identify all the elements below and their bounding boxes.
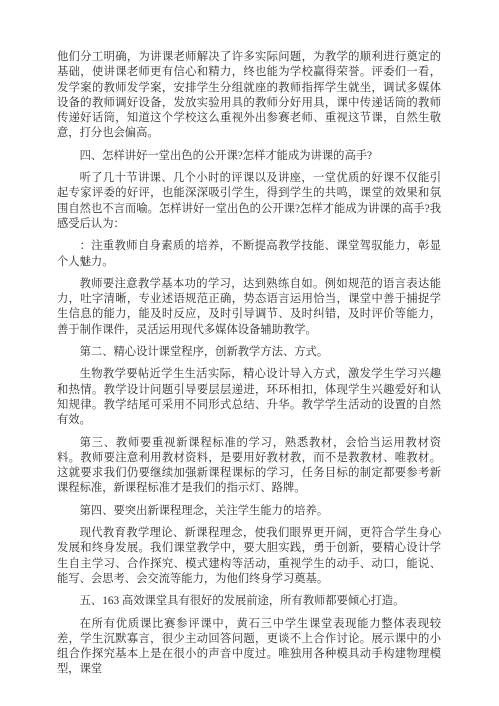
section-heading: 第二、精心设计课堂程序，创新教学方法、方式。 — [57, 345, 441, 360]
paragraph: 现代教育教学理论、新课程理念，使我们眼界更开阔，更符合学生身心发展和终身发展。我… — [57, 526, 441, 587]
paragraph: 教师要注意教学基本功的学习，达到熟练自如。例如规范的语言表达能力，吐字清晰，专业… — [57, 277, 441, 338]
section-heading: 五、163 高效课堂具有很好的发展前途，所有教师都要倾心打造。 — [57, 594, 441, 609]
document-page: 他们分工明确，为讲课老师解决了许多实际问题，为教学的顺利进行奠定的基础，使讲课老… — [0, 0, 499, 706]
section-heading: 四、怎样讲好一堂出色的公开课?怎样才能成为讲课的高手? — [57, 149, 441, 164]
paragraph: 第三、教师要重视新课程标准的学习，熟悉教材，会恰当运用教材资料。教师要注意利用教… — [57, 436, 441, 497]
section-heading: 第四、要突出新课程理念，关注学生能力的培养。 — [57, 504, 441, 519]
paragraph: 生物教学要帖近学生生活实际，精心设计导入方式，激发学生学习兴趣和热情。教学设计问… — [57, 367, 441, 428]
paragraph: 听了几十节讲课、几个小时的评课以及讲座，一堂优质的好课不仅能引起专家评委的好评，… — [57, 171, 441, 232]
paragraph: ：注重教师自身素质的培养，不断提高教学技能、课堂驾驭能力，彰显个人魅力。 — [57, 239, 441, 270]
paragraph: 他们分工明确，为讲课老师解决了许多实际问题，为教学的顺利进行奠定的基础，使讲课老… — [57, 50, 441, 142]
document-body: 他们分工明确，为讲课老师解决了许多实际问题，为教学的顺利进行奠定的基础，使讲课老… — [57, 50, 441, 678]
paragraph: 在所有优质课比赛参评课中，黄石三中学生课堂表现能力整体表现较差，学生沉默寡言，很… — [57, 617, 441, 678]
